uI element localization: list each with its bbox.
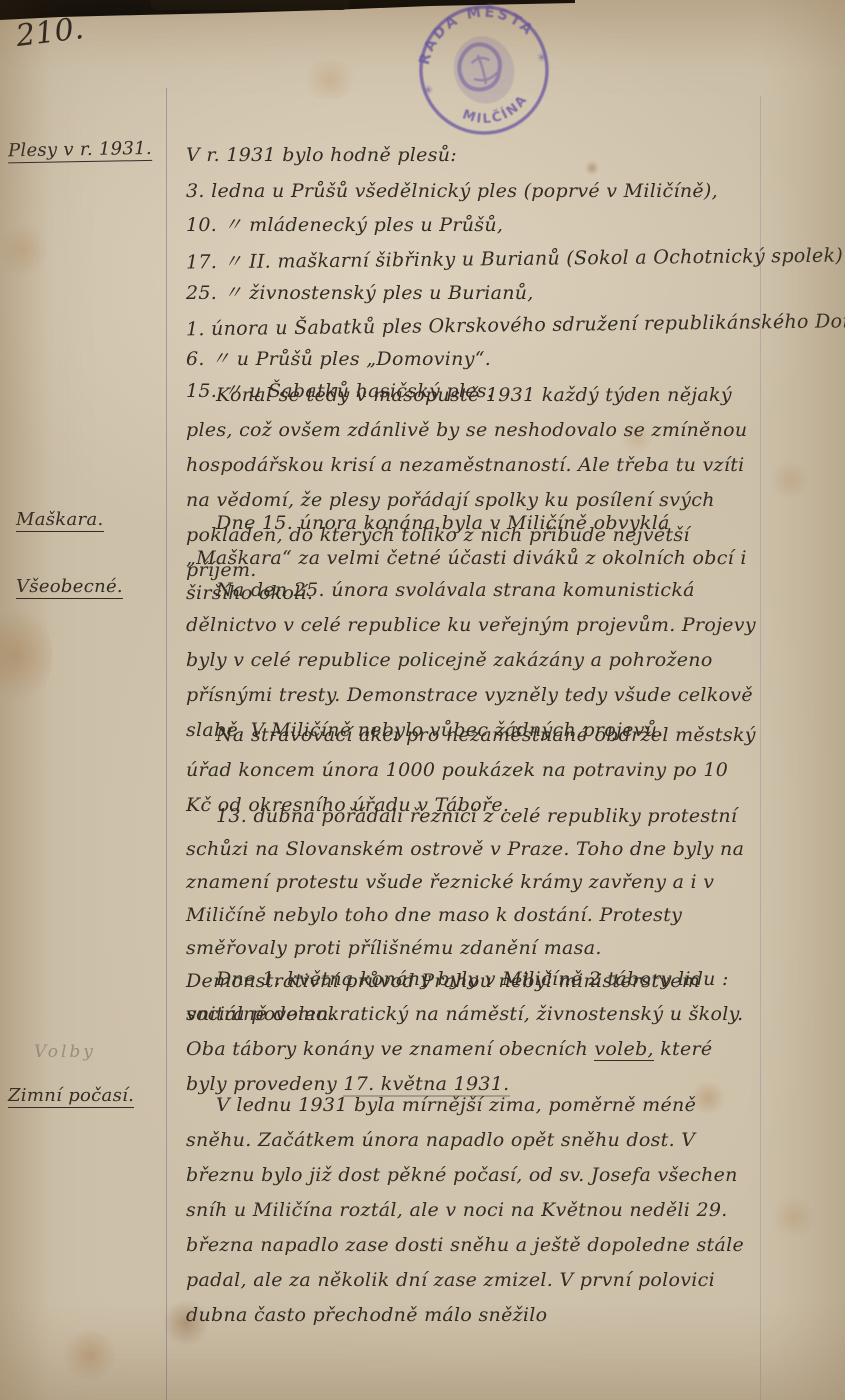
- right-rule-line: [760, 96, 761, 1400]
- margin-note-maskara: Maškara.: [16, 508, 176, 532]
- ball-list-item: 1. února u Šabatků ples Okrskového sdruž…: [186, 304, 845, 348]
- margin-note-label: Maškara.: [16, 509, 104, 532]
- chronicle-scan-page: { "page": { "number": "210." }, "stamp":…: [0, 0, 845, 1400]
- page-number: 210.: [14, 14, 85, 52]
- margin-note-label: Všeobecné.: [16, 576, 123, 599]
- paragraph-volby: Dne 1. května konány byly v Miličíně 2 t…: [186, 962, 758, 1102]
- ball-list-item: 25. 〃 živnostenský ples u Burianů,: [186, 276, 534, 311]
- paragraph-pocasi: V lednu 1931 byla mírnější zima, poměrně…: [186, 1088, 758, 1333]
- ball-list-item: 6. 〃 u Průšů ples „Domoviny“.: [186, 342, 491, 377]
- margin-rule-line: [166, 88, 167, 1400]
- margin-note-plesy: Plesy v r. 1931.: [8, 137, 168, 164]
- volby-underlined-word: voleb,: [594, 1038, 654, 1061]
- margin-note-volby: Volby: [34, 1040, 194, 1064]
- ball-list-item: 3. ledna u Průšů všedělnický ples (poprv…: [186, 174, 718, 209]
- intro-line: V r. 1931 bylo hodně plesů:: [186, 138, 457, 173]
- ball-list-item: 17. 〃 II. maškarní šibřinky u Burianů (S…: [186, 239, 843, 281]
- margin-note-pocasi: Zimní počasí.: [8, 1084, 168, 1108]
- ball-list-item: 10. 〃 mládenecký ples u Průšů,: [186, 208, 503, 243]
- margin-note-label: Plesy v r. 1931.: [8, 138, 152, 164]
- margin-note-label: Zimní počasí.: [8, 1085, 134, 1108]
- margin-note-label: Volby: [34, 1042, 96, 1062]
- main-text-column: V r. 1931 bylo hodně plesů: 3. ledna u P…: [186, 0, 758, 1400]
- margin-note-vseobecne: Všeobecné.: [16, 575, 176, 599]
